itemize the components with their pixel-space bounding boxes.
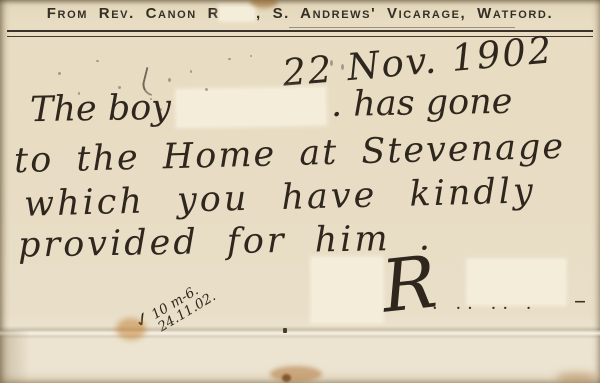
ink-speck	[190, 70, 192, 73]
message-line-3: which you have kindly	[24, 171, 537, 224]
printed-letterhead: From Rev. Canon R, S. Andrews' Vicarage,…	[0, 5, 600, 22]
stain	[116, 318, 146, 340]
fold-corner-shadow	[0, 330, 30, 383]
ink-speck	[228, 58, 231, 60]
message-line-1: The boy. has gone	[30, 82, 513, 130]
ink-speck	[168, 78, 171, 82]
thin-rule-segment	[289, 27, 515, 28]
ink-speck	[78, 92, 80, 95]
ink-speck	[250, 55, 252, 57]
fold-crease	[0, 326, 600, 339]
stain	[556, 372, 598, 383]
signature-trailing-marks: · ·· ·· ·	[432, 298, 538, 319]
postcard: From Rev. Canon R, S. Andrews' Vicarage,…	[0, 0, 600, 383]
redacted-boy-name-box	[177, 88, 326, 127]
ink-speck	[118, 86, 121, 89]
letterhead-text-suffix: , S. Andrews' Vicarage, Watford.	[256, 5, 553, 22]
message-line-1-after: . has gone	[331, 82, 513, 125]
ink-speck	[341, 64, 344, 70]
ink-speck	[96, 60, 99, 62]
ink-speck	[205, 88, 208, 91]
ink-speck	[58, 72, 61, 75]
ink-speck	[150, 98, 152, 100]
ink-speck	[330, 60, 333, 66]
stain	[270, 366, 322, 382]
redacted-surname-box	[220, 7, 254, 20]
ink-speck	[158, 108, 162, 111]
stain	[282, 374, 291, 382]
ink-speck	[283, 328, 287, 333]
letterhead-text-prefix: From Rev. Canon R	[47, 5, 220, 22]
redacted-signature-left-box	[312, 258, 382, 322]
signature-dash: –	[574, 286, 586, 314]
